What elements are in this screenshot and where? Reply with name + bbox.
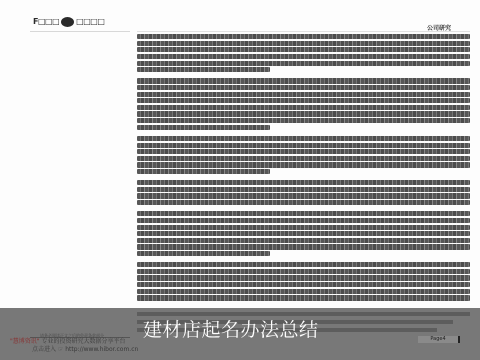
logo-divider (30, 31, 130, 32)
report-body (137, 34, 470, 307)
promo-line: "慧博资讯" 专业的投资研究大数据分享平台 (10, 338, 210, 346)
text-line (137, 105, 470, 110)
text-line (137, 67, 270, 72)
logo-emblem-icon (61, 17, 74, 27)
paragraph (137, 180, 470, 205)
header-divider (137, 31, 470, 32)
hand-pointer-icon: ☞ (58, 346, 63, 353)
text-line (137, 238, 470, 243)
text-line (137, 289, 470, 294)
text-line (137, 34, 470, 39)
text-line (137, 231, 470, 236)
text-line (137, 275, 470, 280)
text-line (137, 156, 470, 161)
page-indicator-button[interactable]: Page4 (418, 336, 460, 343)
text-line (137, 193, 470, 198)
text-line (137, 295, 470, 300)
text-line (137, 143, 470, 148)
text-line (137, 251, 270, 256)
text-line (137, 47, 470, 52)
promo-brand: "慧博资讯" (10, 338, 40, 345)
paragraph (137, 78, 470, 130)
text-line (137, 92, 470, 97)
text-line (137, 111, 470, 116)
text-line (137, 41, 470, 46)
text-line (137, 149, 470, 154)
text-line (137, 125, 270, 130)
text-line (137, 269, 470, 274)
paragraph (137, 34, 470, 72)
text-line (137, 211, 470, 216)
link-url[interactable]: http://www.hibor.com.cn (65, 346, 138, 353)
text-line (137, 187, 470, 192)
text-line (137, 225, 470, 230)
brokerage-logo: F□□□ □□□□ (33, 17, 104, 27)
text-line (137, 180, 470, 185)
text-line (137, 85, 470, 90)
text-line (137, 282, 470, 287)
logo-text-right: □□□□ (76, 17, 104, 27)
text-line (137, 262, 470, 267)
paragraph (137, 262, 470, 300)
hibor-link[interactable]: 点击进入 ☞ http://www.hibor.com.cn (32, 346, 210, 354)
text-line (137, 98, 470, 103)
footer: 请务必阅读正文之后的免责条款部分 "慧博资讯" 专业的投资研究大数据分享平台 点… (10, 333, 210, 354)
logo-text-left: F□□□ (33, 17, 59, 27)
text-line (137, 118, 470, 123)
promo-text: 专业的投资研究大数据分享平台 (40, 338, 126, 345)
text-line (137, 61, 470, 66)
document-page: F□□□ □□□□ 公司研究 建材店起名办法总结 请务必阅读正文之后的免责条款部… (0, 0, 480, 360)
text-line (137, 244, 470, 249)
link-prefix: 点击进入 (32, 346, 56, 353)
text-line (137, 54, 470, 59)
text-line (137, 169, 270, 174)
text-line (137, 162, 470, 167)
paragraph (137, 136, 470, 174)
paragraph (137, 211, 470, 256)
text-line (137, 136, 470, 141)
text-line (137, 78, 470, 83)
text-line (137, 218, 470, 223)
text-line (137, 200, 470, 205)
